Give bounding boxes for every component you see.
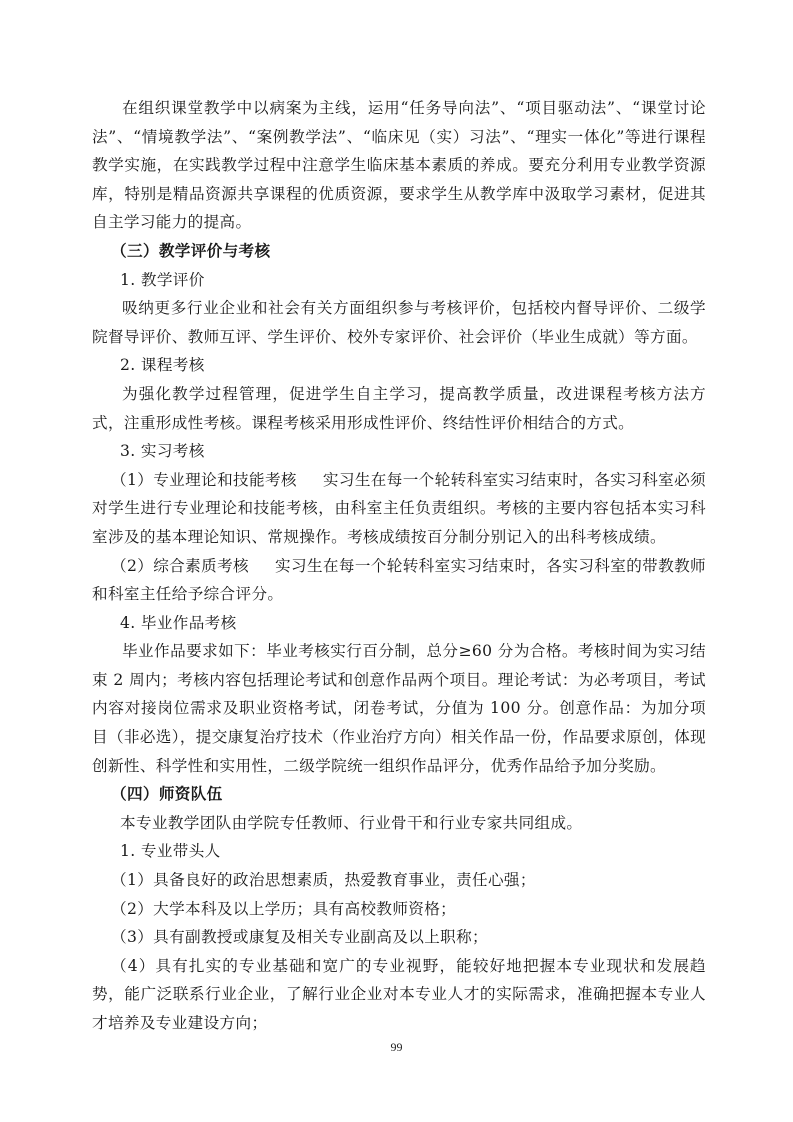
page-number: 99 [0,1040,793,1055]
item-label: （1）专业理论和技能考核 [111,471,297,489]
subheading-course-assessment: 2. 课程考核 [92,351,706,380]
requirement-item: （3）具有副教授或康复及相关专业副高及以上职称； [92,923,706,952]
paragraph-internship-theory-skills: （1）专业理论和技能考核实习生在每一个轮转科室实习结束时，各实习科室必须对学生进… [92,466,706,552]
subheading-program-leader: 1. 专业带头人 [92,837,706,866]
paragraph-graduation-work: 毕业作品要求如下：毕业考核实行百分制，总分≥60 分为合格。考核时间为实习结束 … [92,637,706,780]
subheading-internship-assessment: 3. 实习考核 [92,437,706,466]
paragraph-internship-quality: （2）综合素质考核实习生在每一个轮转科室实习结束时，各实习科室的带教教师和科室主… [92,552,706,609]
section-heading-faculty: （四）师资队伍 [92,780,706,809]
subheading-teaching-evaluation: 1. 教学评价 [92,266,706,295]
item-label: （2）综合素质考核 [111,557,249,575]
document-page: 在组织课堂教学中以病案为主线，运用“任务导向法”、“项目驱动法”、“课堂讨论法”… [92,94,706,1038]
requirement-item: （4）具有扎实的专业基础和宽广的专业视野，能较好地把握本专业现状和发展趋势，能广… [92,952,706,1038]
section-heading-evaluation: （三）教学评价与考核 [92,237,706,266]
requirement-item: （1）具备良好的政治思想素质，热爱教育事业，责任心强； [92,866,706,895]
paragraph-faculty-intro: 本专业教学团队由学院专任教师、行业骨干和行业专家共同组成。 [92,809,706,838]
paragraph-teaching-evaluation: 吸纳更多行业企业和社会有关方面组织参与考核评价，包括校内督导评价、二级学院督导评… [92,294,706,351]
paragraph-teaching-methods: 在组织课堂教学中以病案为主线，运用“任务导向法”、“项目驱动法”、“课堂讨论法”… [92,94,706,237]
paragraph-course-assessment: 为强化教学过程管理，促进学生自主学习，提高教学质量，改进课程考核方法方式，注重形… [92,380,706,437]
subheading-graduation-work: 4. 毕业作品考核 [92,609,706,638]
requirement-item: （2）大学本科及以上学历；具有高校教师资格； [92,895,706,924]
